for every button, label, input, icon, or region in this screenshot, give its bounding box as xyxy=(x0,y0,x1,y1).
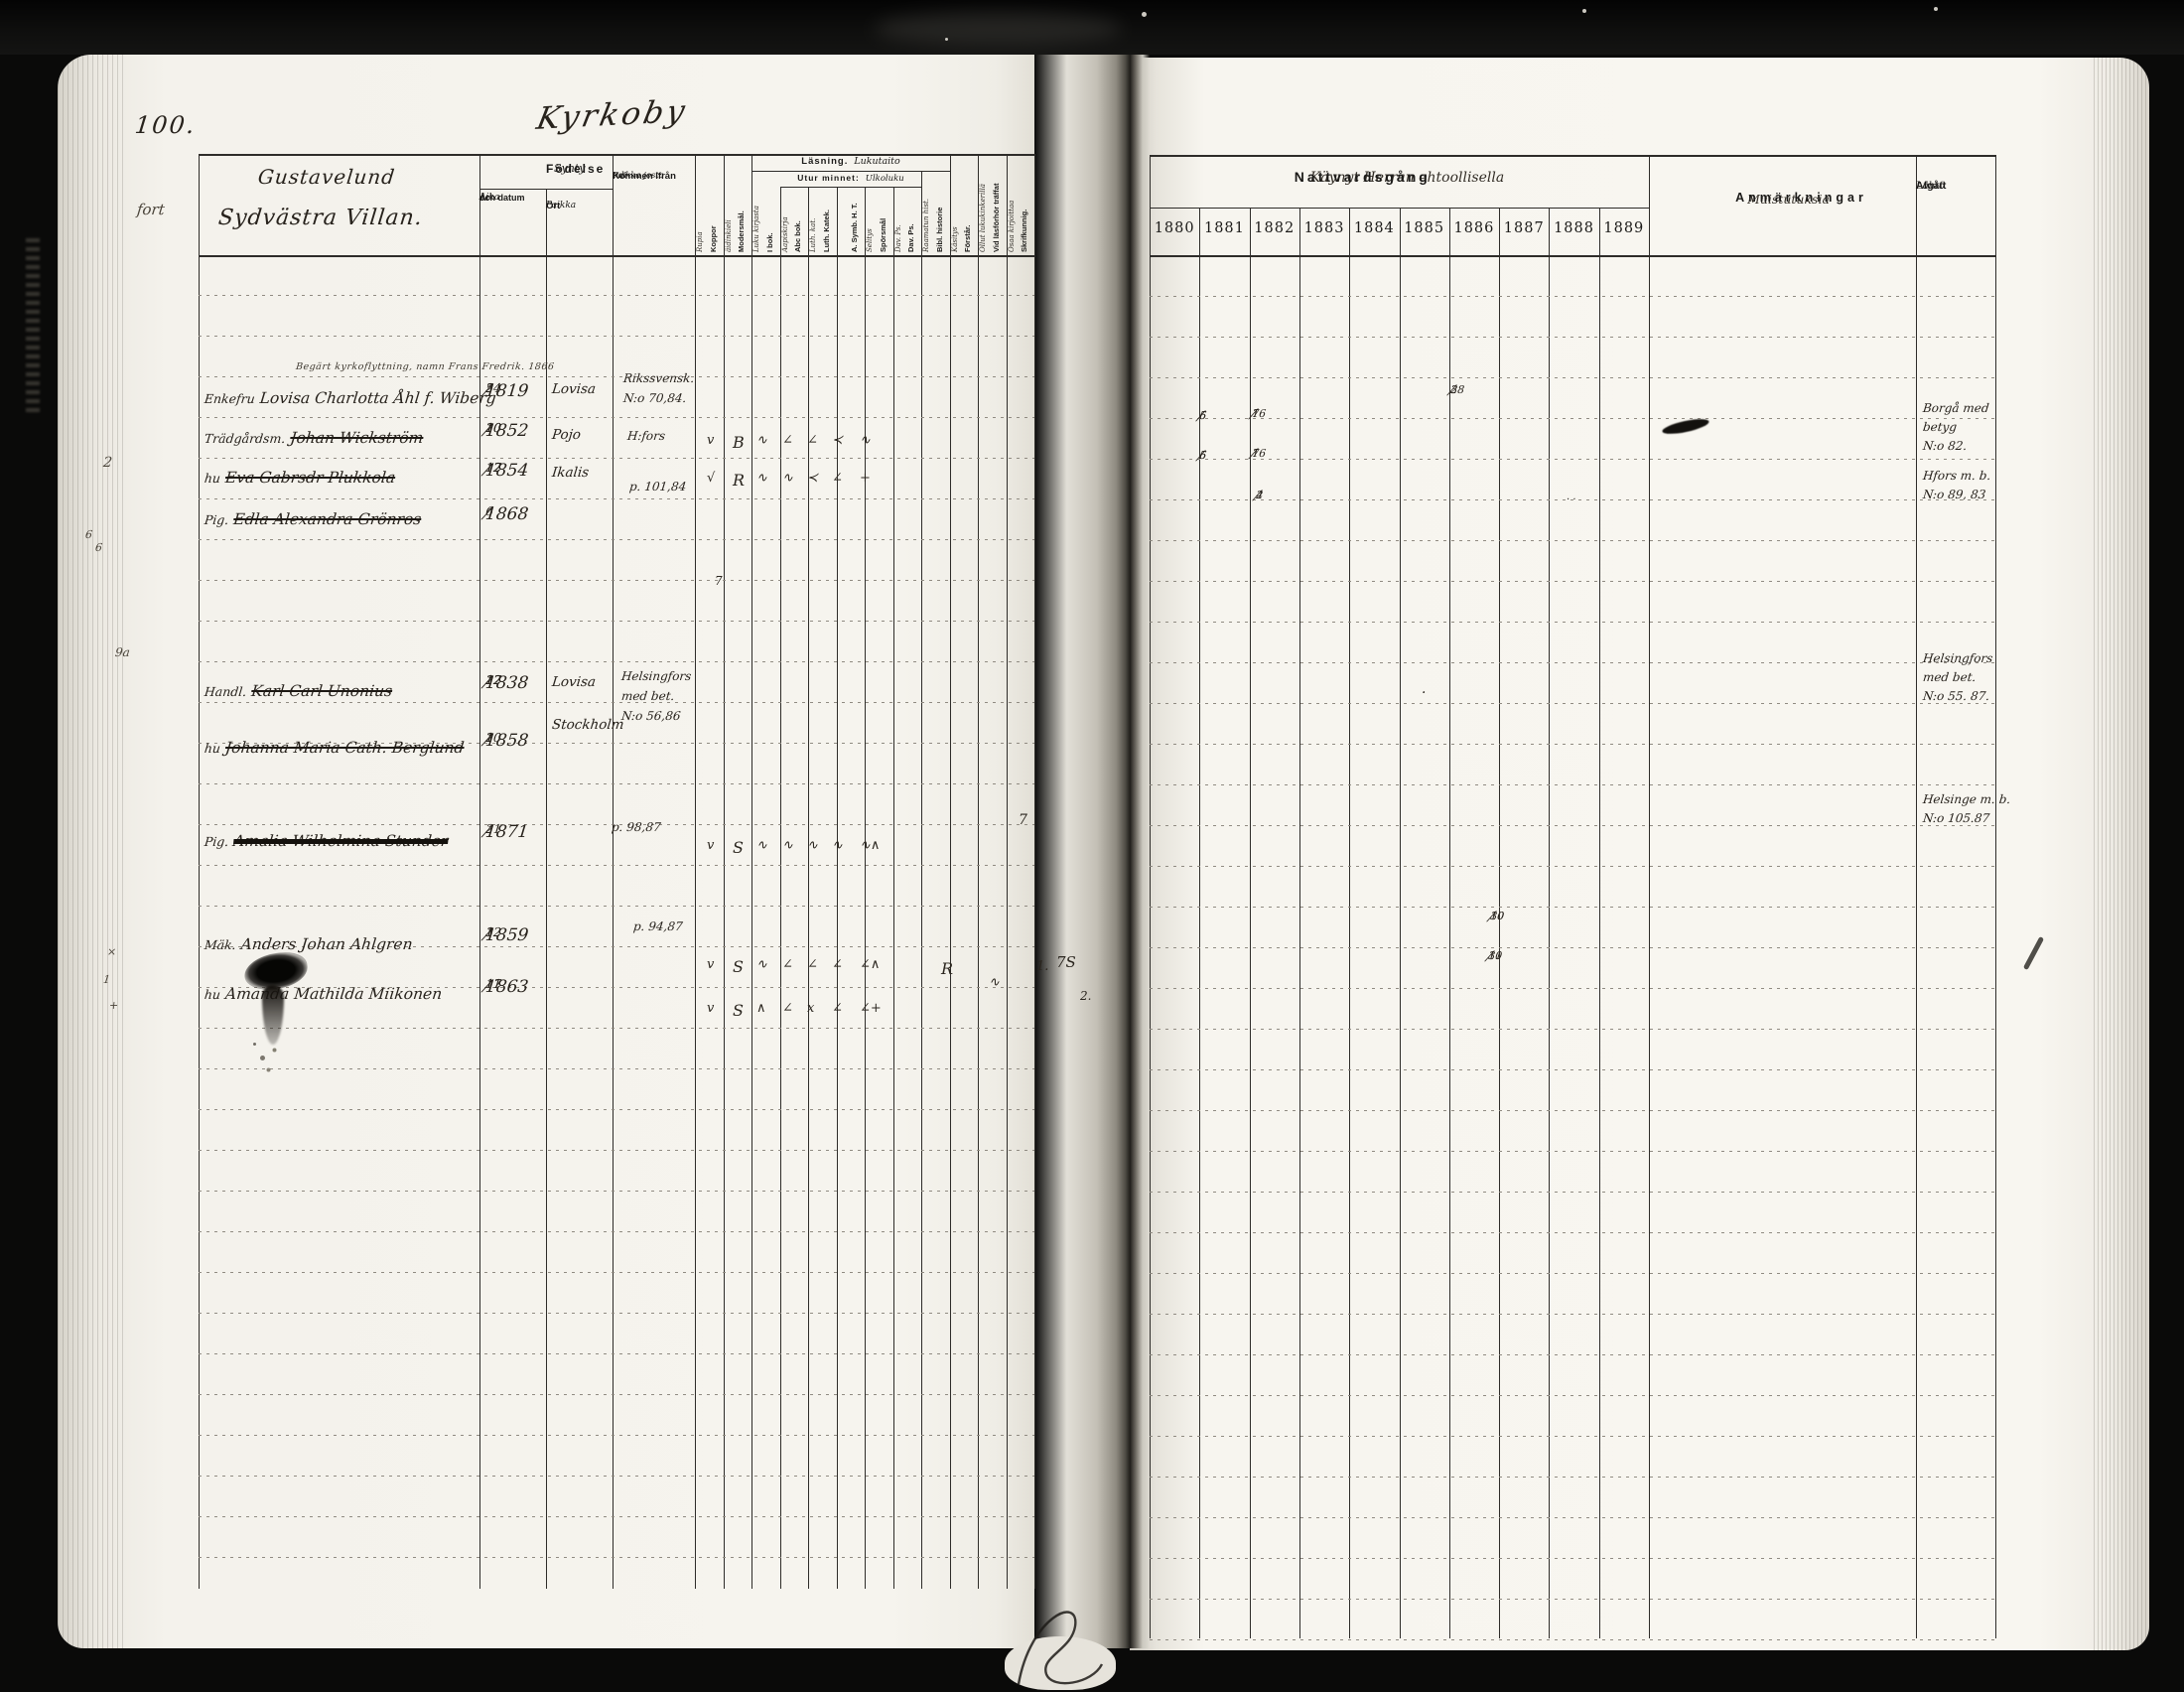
margin-note: 9a xyxy=(114,645,130,659)
entry-reading-mark: ∿ xyxy=(756,471,767,486)
ledger-entries-layer: Enkefru Lovisa Charlotta Åhl f. Wiberg24… xyxy=(0,0,2184,1692)
entry-came-from: Rikssvensk. xyxy=(622,371,695,385)
afgatt-note: N:o 89, 83 xyxy=(1922,488,1994,501)
entry-reading-mark: ∠ xyxy=(807,957,818,972)
entry-reading-mark: ∿ xyxy=(756,433,767,448)
stray-mark: · xyxy=(1422,685,1426,701)
entry-came-from: p. 94,87 xyxy=(632,919,683,933)
margin-note: 6 xyxy=(84,528,92,541)
entry-birth-date: 17⁄11 1863 xyxy=(484,977,529,997)
entry-name-row: Handl. Karl Carl Unonius xyxy=(204,682,479,700)
afgatt-note: betyg xyxy=(1922,420,1994,434)
afgatt-note: Borgå med xyxy=(1922,401,1994,415)
stray-mark: 2. xyxy=(1080,989,1091,1003)
ink-flourish xyxy=(1005,1587,1116,1692)
margin-note: 2 xyxy=(102,455,113,471)
ink-blot-spray xyxy=(253,1043,256,1046)
entry-reading-mark: ∠ xyxy=(782,433,793,448)
entry-reading-mark: ∠ xyxy=(832,471,843,486)
entry-reading-mark: v xyxy=(707,433,714,448)
margin-note: + xyxy=(108,999,119,1012)
entry-reading-mark: ∠ xyxy=(807,433,818,448)
entry-came-from: N:o 56,86 xyxy=(620,709,681,723)
entry-birth-date: 21⁄ 1871 xyxy=(484,822,529,842)
entry-reading-mark: √ xyxy=(707,471,715,486)
afgatt-note: N:o 82. xyxy=(1922,439,1994,453)
entry-birth-place: Ikalis xyxy=(551,465,590,481)
stray-mark: 1. xyxy=(1036,959,1048,974)
entry-name-row: Pig. Amalia Wilhelmina Stunder xyxy=(204,832,479,850)
afgatt-note: med bet. xyxy=(1922,670,1994,684)
scanned-ledger-page: KopporRupiaModersmål.äidinkieliI bok.Luk… xyxy=(0,0,2184,1692)
entry-birth-date: 20⁄1 1858 xyxy=(484,731,529,751)
entry-reading-mark: ∿∧ xyxy=(860,838,880,853)
entry-reading-mark: ∠∧ xyxy=(860,957,880,972)
entry-came-from: p. 101,84 xyxy=(628,480,687,493)
stray-mark: R xyxy=(941,959,953,978)
entry-reading-mark: + xyxy=(860,471,871,486)
entry-came-from: p. 98,87 xyxy=(611,820,661,834)
entry-reading-mark: S xyxy=(733,838,744,857)
entry-birth-place: Lovisa xyxy=(551,381,597,397)
entry-birth-place: Pojo xyxy=(551,427,582,443)
entry-reading-mark: ≺ xyxy=(807,471,818,486)
entry-reading-mark: B xyxy=(733,433,745,452)
afgatt-note: Helsingfors xyxy=(1922,651,1994,665)
entry-came-from: Helsingfors xyxy=(620,669,692,683)
stray-mark: · · xyxy=(1567,494,1576,505)
entry-reading-mark: ∧ xyxy=(756,1001,766,1016)
entry-reading-mark: R xyxy=(733,471,745,490)
entry-came-from: N:o 70,84. xyxy=(622,391,687,405)
afgatt-note: N:o 55. 87. xyxy=(1922,689,1994,703)
entry-reading-mark: v xyxy=(707,957,714,972)
entry-birth-date: 6⁄ 1868 xyxy=(484,504,529,524)
entry-reading-mark: ∠ xyxy=(782,1001,793,1016)
entry-reading-mark: ∿ xyxy=(782,471,793,486)
afgatt-note: Hfors m. b. xyxy=(1922,469,1994,483)
entry-birth-date: 3⁄12 1859 xyxy=(484,925,529,945)
entry-reading-mark: ∠+ xyxy=(860,1001,882,1016)
entry-reading-mark: S xyxy=(733,1001,744,1020)
stray-mark: 7 xyxy=(1019,812,1027,828)
entry-name-row: Pig. Edla Alexandra Grönros xyxy=(204,510,479,528)
entry-reading-mark: ∿ xyxy=(756,957,767,972)
entry-reading-mark: ≺ xyxy=(832,433,843,448)
entry-name-row: hu Amanda Mathilda Miikonen xyxy=(204,985,479,1003)
margin-note: 1 xyxy=(102,973,110,986)
entry-reading-mark: x xyxy=(807,1001,814,1016)
entry-birth-date: 17⁄12 1854 xyxy=(484,461,529,481)
margin-note: × xyxy=(106,945,117,958)
margin-note: fort xyxy=(136,201,166,218)
entry-birth-date: 20⁄10 1852 xyxy=(484,421,529,441)
entry-came-from: med bet. xyxy=(620,689,675,703)
entry-reading-mark: ∿ xyxy=(832,838,843,853)
entry-reading-mark: ∠ xyxy=(782,957,793,972)
entry-birth-date: 27⁄12 1838 xyxy=(484,673,529,693)
entry-birth-place: Stockholm xyxy=(551,717,624,733)
stray-mark: ∿ xyxy=(989,975,1000,990)
entry-reading-mark: ∠ xyxy=(832,1001,843,1016)
entry-reading-mark: S xyxy=(733,957,744,976)
entry-birth-place: Lovisa xyxy=(551,674,597,690)
margin-note: 6 xyxy=(94,541,102,554)
stray-mark: 7S xyxy=(1056,953,1076,971)
afgatt-note: N:o 105.87 xyxy=(1922,811,1994,825)
entry-birth-date: 24⁄5 1819 xyxy=(484,381,529,401)
entry-reading-mark: v xyxy=(707,1001,714,1016)
entry-name-row: Trädgårdsm. Johan Wickström xyxy=(204,429,479,447)
entry-reading-mark: v xyxy=(707,838,714,853)
entry-reading-mark: ∿ xyxy=(782,838,793,853)
entry-reading-mark: ∠ xyxy=(832,957,843,972)
entry-came-from: H:fors xyxy=(626,429,666,443)
stray-mark: 7 xyxy=(715,574,723,588)
entry-reading-mark: ∿ xyxy=(756,838,767,853)
entry-name-row: Enkefru Lovisa Charlotta Åhl f. Wiberg xyxy=(204,389,479,407)
entry-name-row: hu Eva Gabrsdr Plukkola xyxy=(204,469,479,487)
entry-reading-mark: ∿ xyxy=(807,838,818,853)
entry-reading-mark: ∿ xyxy=(860,433,871,448)
entry-name-row: hu Johanna Maria Cath. Berglund xyxy=(204,739,479,757)
afgatt-note: Helsinge m. b. xyxy=(1922,792,1994,806)
entry-name-row: Mäk. Anders Johan Ahlgren xyxy=(204,935,479,953)
